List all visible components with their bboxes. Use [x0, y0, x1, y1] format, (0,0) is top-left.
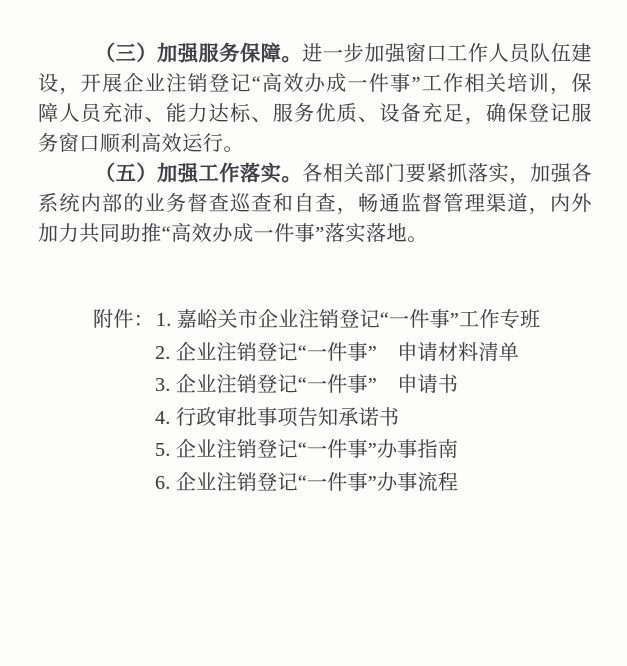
- attachment-row: 附件：1. 嘉峪关市企业注销登记“一件事”工作专班: [38, 304, 592, 337]
- scanned-document-page: （三）加强服务保障。进一步加强窗口工作人员队伍建设，开展企业注销登记“高效办成一…: [0, 0, 627, 666]
- attachment-item-1: 1. 嘉峪关市企业注销登记“一件事”工作专班: [156, 309, 540, 331]
- paragraph-heading: （三）加强服务保障。: [95, 43, 302, 65]
- document-text-block: （三）加强服务保障。进一步加强窗口工作人员队伍建设，开展企业注销登记“高效办成一…: [38, 39, 592, 499]
- paragraph-section-5: （五）加强工作落实。各相关部门要紧抓落实，加强各系统内部的业务督查巡查和自查，畅…: [38, 159, 592, 249]
- attachment-item-5: 5. 企业注销登记“一件事”办事指南: [38, 434, 592, 467]
- attachment-item-6: 6. 企业注销登记“一件事”办事流程: [38, 467, 592, 500]
- paragraph-heading: （五）加强工作落实。: [95, 163, 302, 185]
- attachments-section: 附件：1. 嘉峪关市企业注销登记“一件事”工作专班 2. 企业注销登记“一件事”…: [38, 304, 592, 499]
- attachment-item-2: 2. 企业注销登记“一件事” 申请材料清单: [38, 337, 592, 370]
- attachments-label: 附件：: [93, 304, 154, 337]
- attachment-item-4: 4. 行政审批事项告知承诺书: [38, 402, 592, 435]
- attachment-item-3: 3. 企业注销登记“一件事” 申请书: [38, 369, 592, 402]
- paragraph-section-3: （三）加强服务保障。进一步加强窗口工作人员队伍建设，开展企业注销登记“高效办成一…: [38, 39, 592, 159]
